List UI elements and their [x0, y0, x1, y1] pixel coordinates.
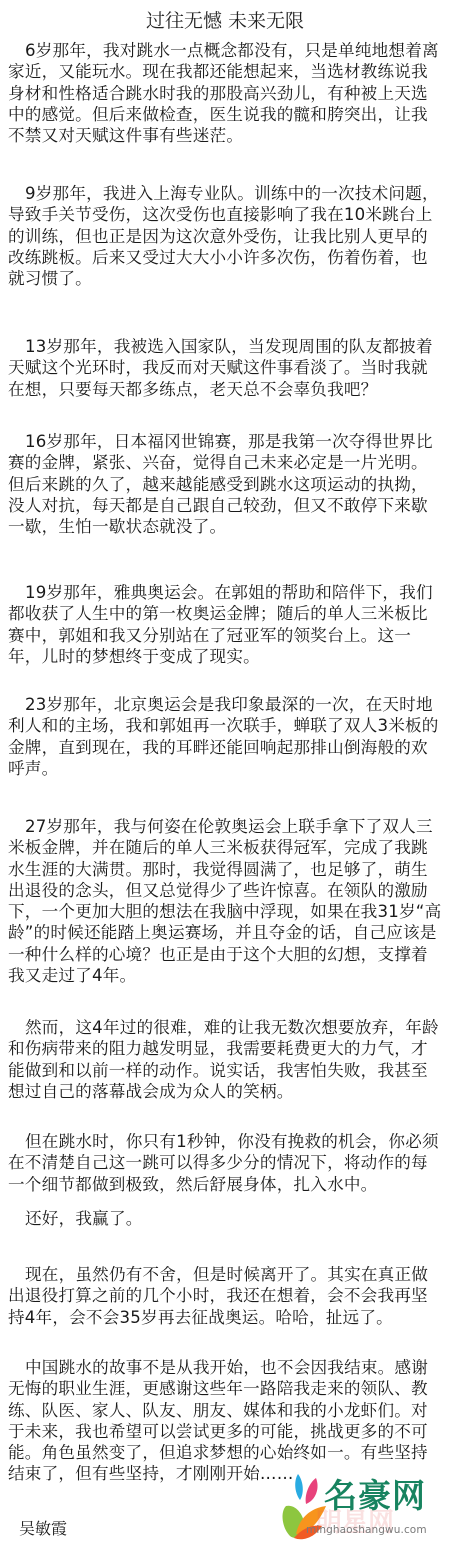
paragraph-i-won: 还好，我赢了。: [8, 1208, 442, 1229]
page-title: 过往无憾 未来无限: [0, 6, 450, 36]
paragraph-age-27: 27岁那年，我与何姿在伦敦奥运会上联手拿下了双人三米板金牌，并在随后的单人三米板…: [8, 816, 442, 986]
paragraph-age-9: 9岁那年，我进入上海专业队。训练中的一次技术问题，导致手关节受伤，这次受伤也直接…: [8, 183, 442, 289]
author-signature: 吴敏霞: [19, 1518, 67, 1540]
paragraph-now: 现在，虽然仍有不舍，但是时候离开了。其实在真正做出退役打算之前的几个小时，我还在…: [8, 1264, 442, 1328]
paragraph-age-6: 6岁那年，我对跳水一点概念都没有，只是单纯地想着离家近，又能玩水。现在我都还能想…: [8, 40, 442, 146]
paragraph-one-second: 但在跳水时，你只有1秒钟，你没有挽救的机会，你必须在不清楚自己这一跳可以得多少分…: [8, 1131, 442, 1195]
paragraph-age-19: 19岁那年，雅典奥运会。在郭姐的帮助和陪伴下，我们都收获了人生中的第一枚奥运金牌…: [8, 582, 442, 667]
watermark-logo: 明星网 名豪网 minghaoshangwu.com: [276, 1472, 450, 1548]
paragraph-closing: 中国跳水的故事不是从我开始，也不会因我结束。感谢无悔的职业生涯，更感谢这些年一路…: [8, 1357, 442, 1485]
paragraph-however: 然而，这4年过的很难，难的让我无数次想要放弃，年龄和伤病带来的阻力越发明显，我需…: [8, 1017, 442, 1102]
watermark-brand: 名豪网: [324, 1476, 426, 1516]
watermark-url: minghaoshangwu.com: [306, 1524, 427, 1536]
paragraph-age-23: 23岁那年，北京奥运会是我印象最深的一次，在天时地利人和的主场，我和郭姐再一次联…: [8, 694, 442, 779]
paragraph-age-16: 16岁那年，日本福冈世锦赛，那是我第一次夺得世界比赛的金牌，紧张、兴奋，觉得自己…: [8, 431, 442, 537]
paragraph-age-13: 13岁那年，我被选入国家队，当发现周围的队友都披着天赋这个光环时，我反而对天赋这…: [8, 336, 442, 400]
